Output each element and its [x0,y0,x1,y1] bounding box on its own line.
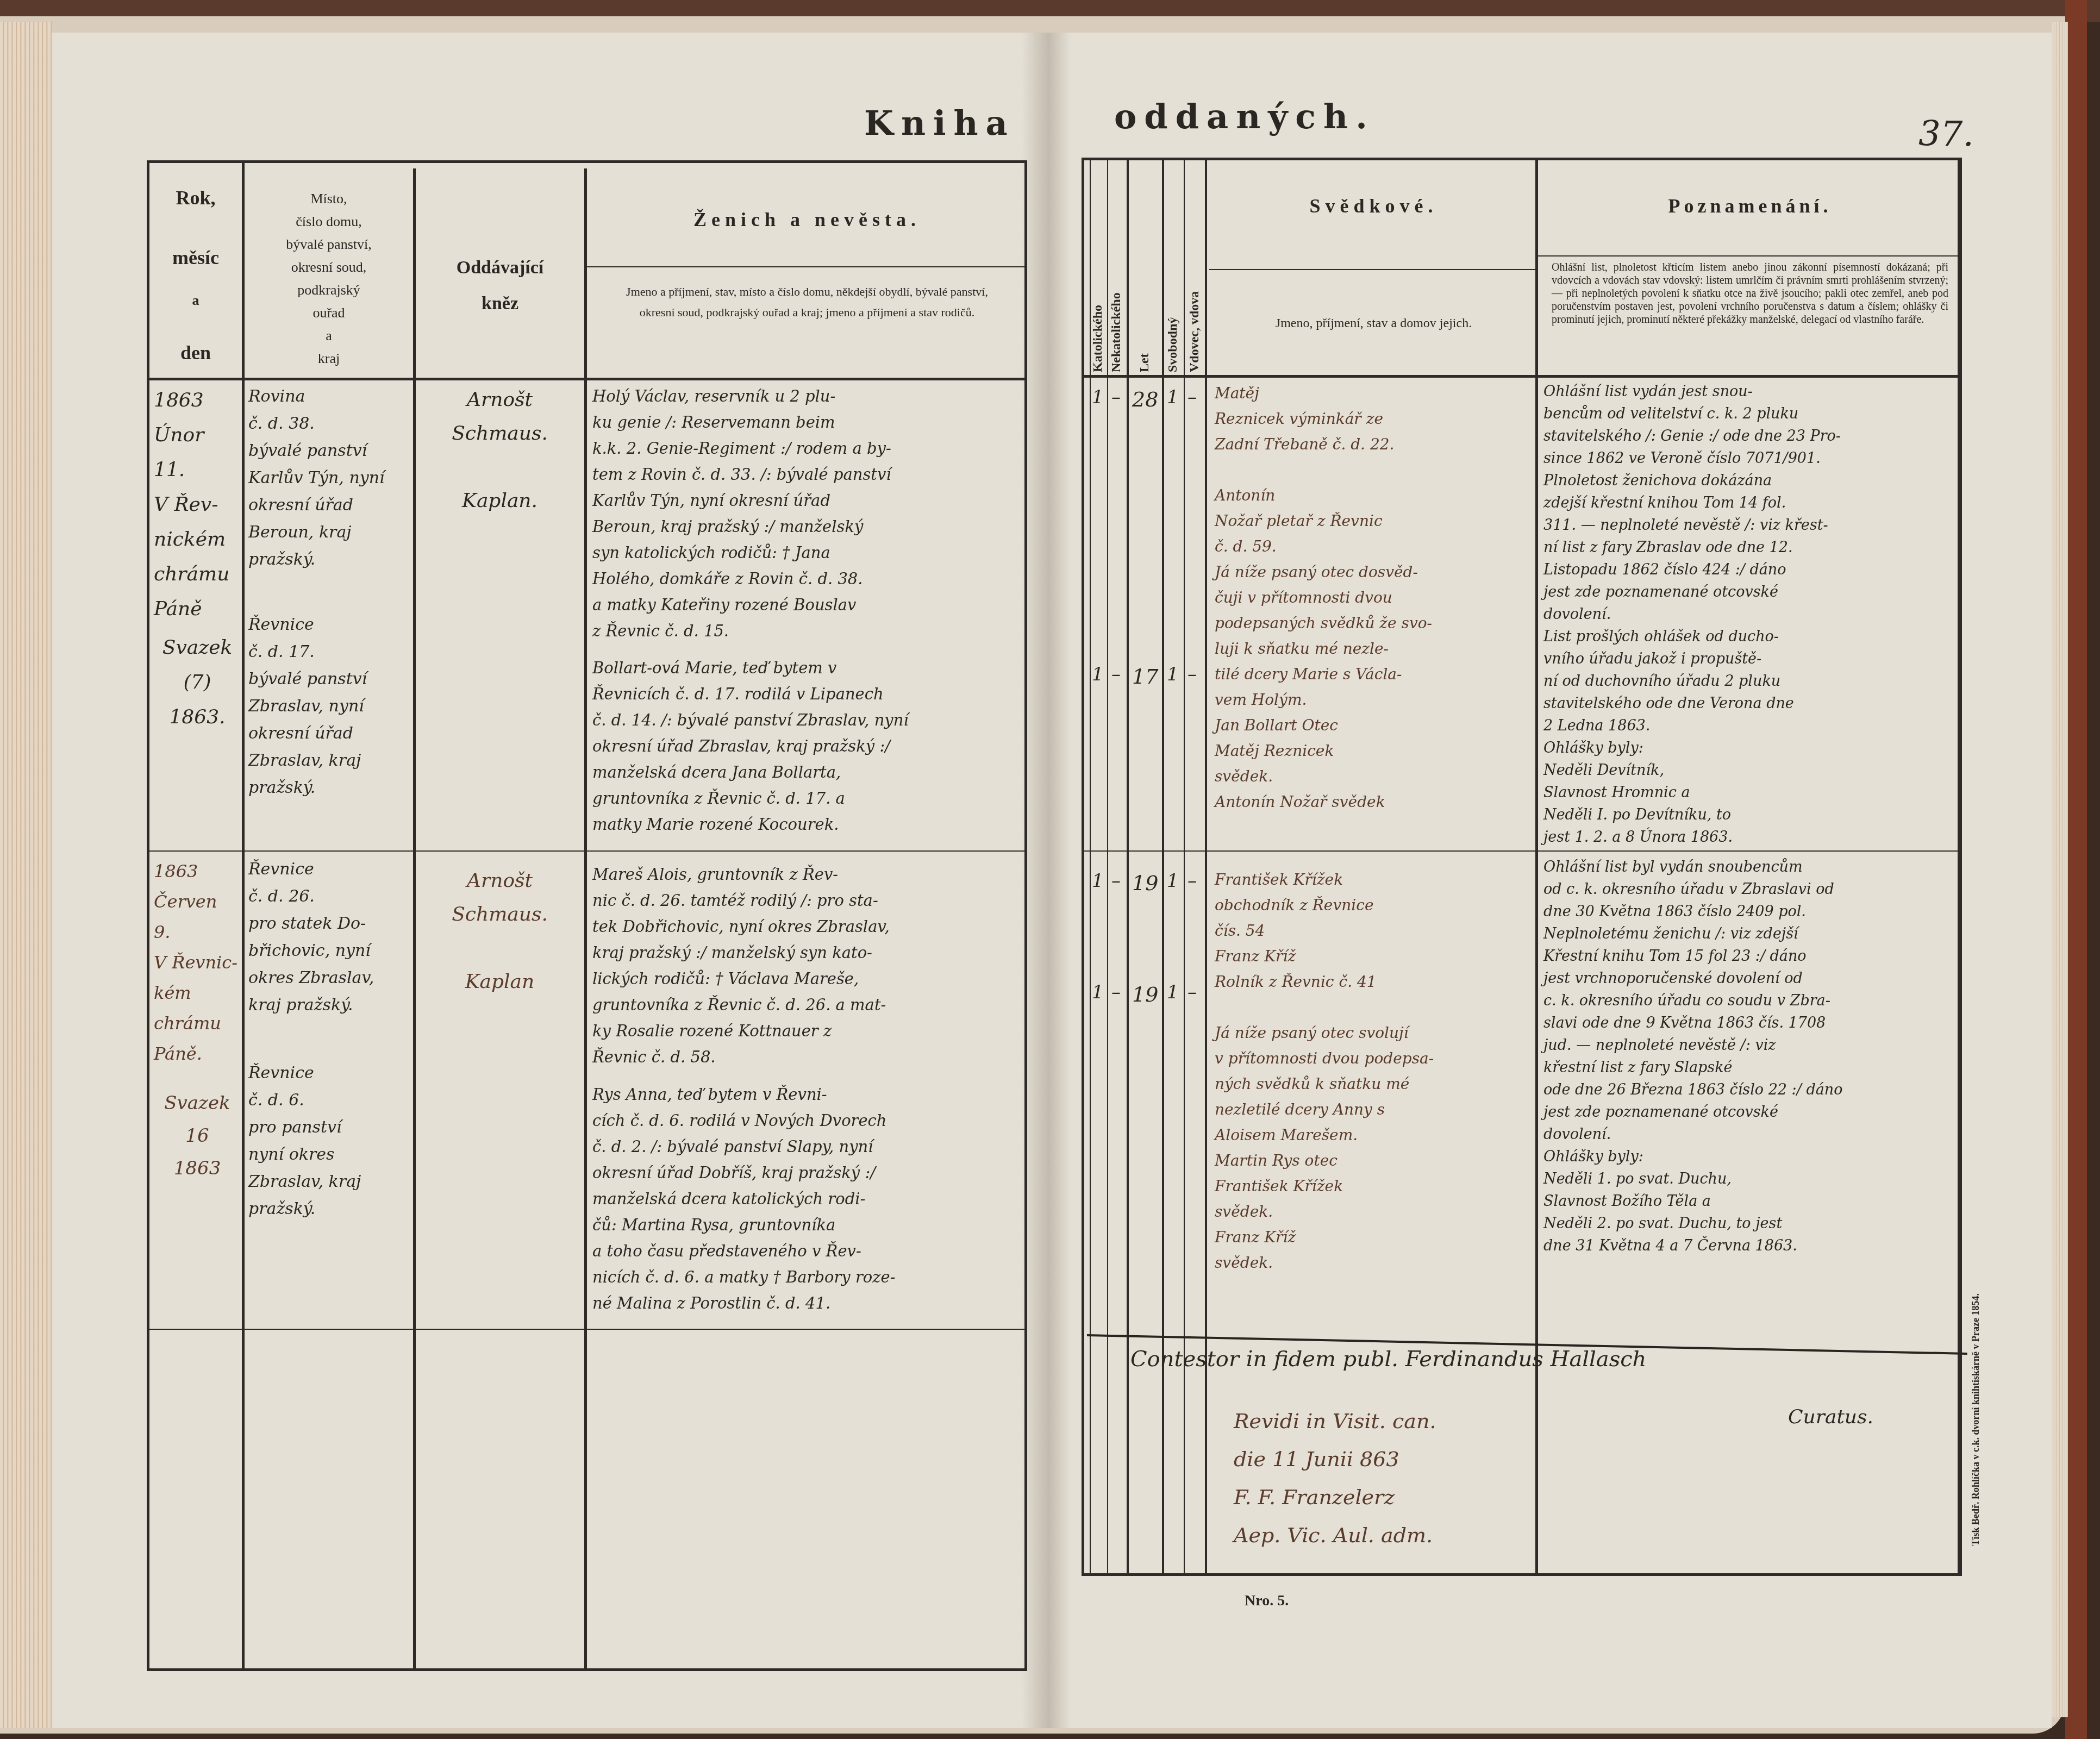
entry1-priest: Arnošt Schmaus. Kaplan. [417,383,583,518]
subheader-rule [1538,255,1962,257]
entry1-bride-single: 1 [1167,660,1179,690]
entry1-groom-catholic: 1 [1092,383,1104,412]
page-edges-left [0,22,52,1728]
entry2-bride-widowed: – [1187,978,1197,1008]
entry1-bride-age: 17 [1132,660,1158,693]
entry2-bride: Rys Anna, teď bytem v Řevni- cích č. d. … [592,1081,1027,1316]
entry1-bride-widowed: – [1187,660,1197,690]
entry2-notes: Ohlášní list byl vydán snoubencům od c. … [1543,856,1962,1257]
entry1-bride: Bollart-ová Marie, teď bytem v Řevnicích… [592,655,1027,837]
header-katolickeho: Katolického [1091,258,1105,372]
entry2-volume: Svazek 16 1863 [154,1087,241,1185]
entry2-groom-noncatholic: – [1111,867,1121,896]
entry1-notes: Ohlášní list vydán jest snou- bencům od … [1543,380,1962,848]
header-rok: Rok, [149,185,242,211]
entry2-priest: Arnošt Schmaus. Kaplan [417,864,583,999]
header-vdovec-vdova: Vdovec, vdova [1187,264,1202,372]
entry2-bride-place: Řevnice č. d. 6. pro panství nyní okres … [248,1060,411,1223]
entry1-volume: Svazek (7) 1863. [154,630,241,735]
entry1-bride-noncatholic: – [1111,660,1121,690]
column-divider [1107,160,1108,1573]
printer-imprint: Tisk Bedř. Rohlíčka v c.k. dvorní knihti… [1970,1293,1982,1546]
header-oddavajici-knez: Oddávající kněz [416,250,584,322]
column-divider [413,168,416,1668]
entry-separator [1084,850,1959,852]
entry2-bride-catholic: 1 [1092,978,1104,1008]
header-rule [1084,375,1958,378]
header-let: Let [1137,340,1152,372]
entry1-date: 1863 Únor 11. V Řev- nickém chrámu Páně [154,383,243,627]
header-misto: Místo, číslo domu, bývalé panství, okres… [245,187,413,370]
entry2-groom: Mareš Alois, gruntovník z Řev- nic č. d.… [592,861,1027,1070]
entry2-bride-single: 1 [1167,978,1179,1008]
header-rule [149,378,1024,380]
entry1-groom-widowed: – [1187,383,1197,412]
header-a: a [149,291,242,310]
header-zenich-a-nevesta: Ženich a nevěsta. [587,207,1027,233]
header-svedkove-subtitle: Jmeno, příjmení, stav a domov jejich. [1212,315,1535,332]
entry2-groom-place: Řevnice č. d. 26. pro statek Do- břichov… [248,856,411,1019]
entry2-witnesses: František Křížek obchodník z Řevnice čís… [1215,867,1535,1275]
entry2-bride-noncatholic: – [1111,978,1121,1008]
entry-separator [149,1329,1027,1330]
entry1-witnesses: Matěj Reznicek výminkář ze Zadní Třebaně… [1215,380,1535,815]
entry2-groom-widowed: – [1187,867,1197,896]
page-number: 37. [1918,114,1974,154]
header-den: den [149,340,242,366]
header-svedkove: Svědkové. [1212,193,1535,220]
contestor-signature: Contestor in fidem publ. Ferdinandus Hal… [1130,1342,1946,1377]
book-cover-edge [2065,0,2087,1739]
header-poznamenani-subtitle: Ohlášní list, plnoletost křticím listem … [1552,261,1948,326]
book-gutter [1022,33,1071,1728]
page-edges-right [2052,22,2068,1717]
header-zenich-subtitle: Jmeno a příjmení, stav, místo a číslo do… [611,282,1003,323]
entry1-groom-place: Rovina č. d. 38. bývalé panství Karlův T… [248,383,411,573]
left-register-table: Rok, měsíc a den Místo, číslo domu, býva… [147,160,1027,1671]
header-nekatolickeho: Nekatolického [1109,258,1124,372]
column-divider [1090,160,1091,1573]
entry2-groom-single: 1 [1167,867,1179,896]
entry1-groom-single: 1 [1167,383,1179,412]
entry-separator [149,850,1027,852]
column-divider [1127,160,1129,1573]
entry1-groom-age: 28 [1132,383,1158,416]
entry2-groom-catholic: 1 [1092,867,1104,896]
column-divider [584,168,587,1668]
form-number: Nro. 5. [1245,1592,1289,1610]
visitation-note: Revidi in Visit. can. die 11 Junii 863 F… [1234,1402,1614,1554]
subheader-rule [1209,269,1535,270]
entry2-bride-age: 19 [1132,978,1158,1011]
register-title-left: Kniha [864,103,1015,143]
curatus-label: Curatus. [1788,1402,1873,1433]
header-mesic: měsíc [149,245,242,271]
entry2-groom-age: 19 [1132,867,1158,899]
register-title-right: oddaných. [1114,97,1375,136]
entry2-date: 1863 Červen 9. V Řevnic- kém chrámu Páně… [154,856,243,1069]
header-poznamenani: Poznamenání. [1538,193,1962,220]
entry1-bride-catholic: 1 [1092,660,1104,690]
subheader-rule [587,266,1027,267]
entry1-bride-place: Řevnice č. d. 17. bývalé panství Zbrasla… [248,611,411,802]
header-svobodny: Svobodný [1166,307,1180,372]
entry1-groom-noncatholic: – [1111,383,1121,412]
entry1-groom: Holý Václav, reservník u 2 plu- ku genie… [592,383,1027,644]
